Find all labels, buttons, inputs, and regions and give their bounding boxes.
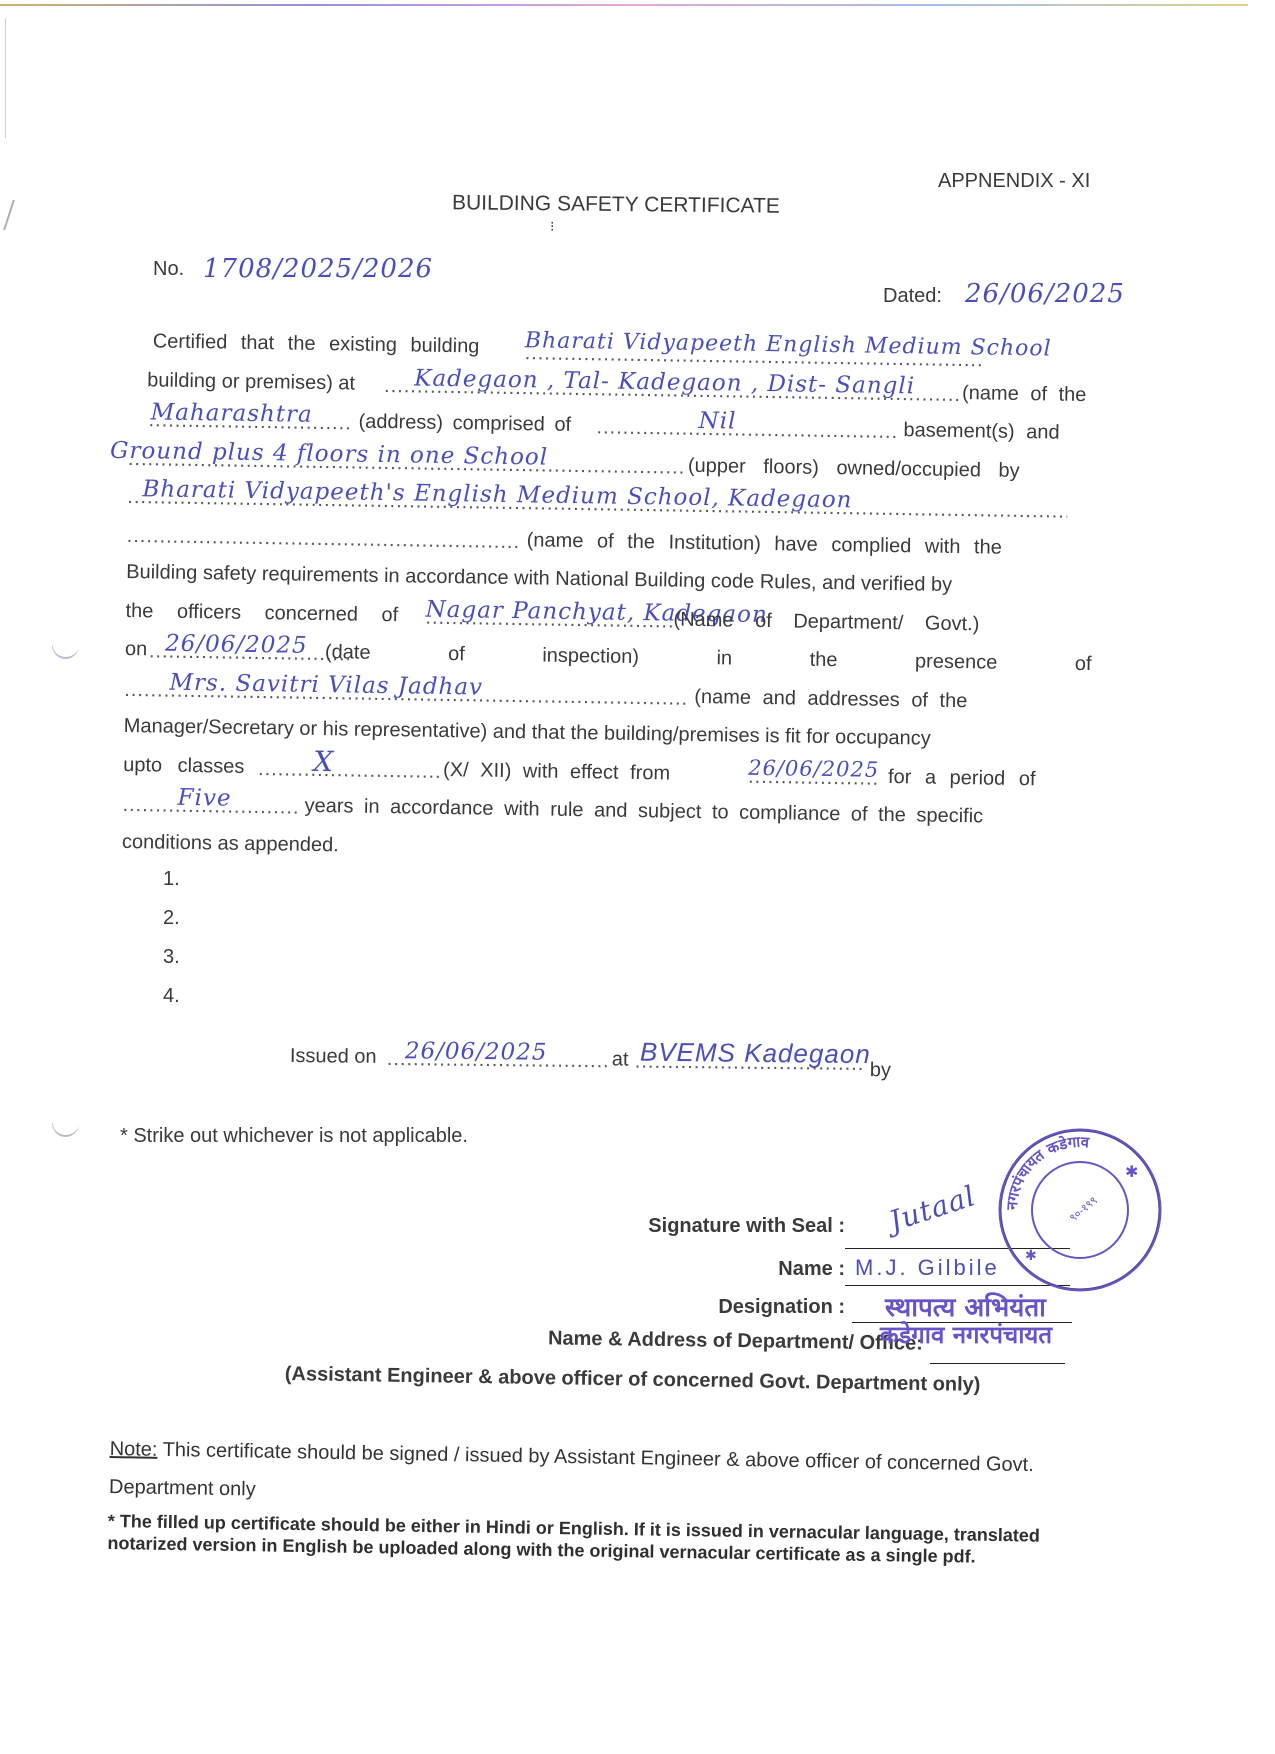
basements-field: Nil bbox=[698, 408, 736, 435]
signature-label: Signature with Seal : bbox=[648, 1215, 845, 1238]
effective-date-field: 26/06/2025 bbox=[748, 755, 879, 781]
department-stamp: कडेगाव नगरपंचायत bbox=[880, 1318, 1052, 1351]
svg-text:९०-१९९: ९०-१९९ bbox=[1067, 1195, 1099, 1225]
issued-at-label: at bbox=[612, 1048, 629, 1071]
signature-mark: Jutaal bbox=[885, 1179, 980, 1238]
body-text: on bbox=[125, 638, 148, 661]
note-text: This certificate should be signed / issu… bbox=[109, 1439, 1034, 1501]
note-label: Note: bbox=[109, 1438, 157, 1461]
scan-speck: ⁝ bbox=[550, 218, 554, 235]
body-text: Certified that the existing building bbox=[153, 330, 480, 358]
condition-item: 2. bbox=[163, 907, 180, 946]
scan-top-edge bbox=[0, 4, 1248, 6]
designation-label: Designation : bbox=[718, 1296, 845, 1319]
body-text: (X/ XII) with effect from bbox=[443, 758, 670, 785]
issued-label: Issued on bbox=[290, 1045, 377, 1069]
svg-text:✱: ✱ bbox=[1125, 1164, 1138, 1181]
certificate-body: Certified that the existing building ...… bbox=[122, 330, 1090, 884]
dated-label: Dated: bbox=[883, 285, 942, 308]
state-field: Maharashtra bbox=[151, 399, 313, 428]
svg-text:✱: ✱ bbox=[1025, 1247, 1037, 1263]
scan-left-edge bbox=[5, 18, 6, 138]
certificate-title: BUILDING SAFETY CERTIFICATE bbox=[452, 191, 780, 218]
department-line bbox=[930, 1363, 1065, 1364]
body-text: conditions as appended. bbox=[122, 830, 339, 856]
body-text: (upper floors) owned/occupied by bbox=[688, 454, 1020, 482]
body-text: upto classes bbox=[123, 753, 245, 778]
issued-line: Issued on ..............................… bbox=[290, 1045, 930, 1082]
strike-out-note: * Strike out whichever is not applicable… bbox=[120, 1125, 468, 1148]
name-label: Name : bbox=[778, 1258, 845, 1281]
condition-item: 1. bbox=[163, 868, 180, 907]
body-text: (Name of Department/ Govt.) bbox=[673, 608, 979, 636]
scan-mark bbox=[3, 200, 25, 230]
fill-dots: ........................................… bbox=[127, 524, 522, 553]
fill-dots: ........................................… bbox=[596, 416, 896, 444]
official-seal-icon: नगरपंचायत कडेगाव ✱ ✱ ९०-१९९ bbox=[995, 1125, 1165, 1295]
body-text: for a period of bbox=[888, 765, 1036, 790]
issued-row: Issued on ..............................… bbox=[290, 1045, 930, 1082]
representative-field: Mrs. Savitri Vilas Jadhav bbox=[169, 669, 483, 700]
punch-hole-mark bbox=[52, 1123, 79, 1137]
dated-value: 26/06/2025 bbox=[965, 279, 1125, 309]
punch-hole-mark bbox=[52, 645, 79, 659]
conditions-list: 1. 2. 3. 4. bbox=[163, 868, 180, 1024]
issued-by-label: by bbox=[870, 1059, 891, 1082]
body-text: (address) comprised of bbox=[358, 411, 571, 437]
note-section: Note: This certificate should be signed … bbox=[109, 1430, 1060, 1523]
certificate-number-value: 1708/2025/2026 bbox=[203, 254, 433, 284]
appendix-label: APPNENDIX - XI bbox=[938, 170, 1090, 193]
body-text: the officers concerned of bbox=[125, 599, 398, 626]
condition-item: 4. bbox=[163, 985, 180, 1024]
department-label: Name & Address of Department/ Office: bbox=[548, 1327, 923, 1355]
body-text: (name and addresses of the bbox=[694, 685, 967, 712]
issued-date-field: 26/06/2025 bbox=[405, 1038, 548, 1065]
body-text: (name of the bbox=[962, 382, 1087, 407]
condition-item: 3. bbox=[163, 946, 180, 985]
body-text: building or premises) at bbox=[147, 369, 355, 395]
officer-note: (Assistant Engineer & above officer of c… bbox=[285, 1363, 981, 1397]
body-text: basement(s) and bbox=[903, 419, 1059, 444]
classes-field: X bbox=[313, 744, 334, 777]
inspection-date-field: 26/06/2025 bbox=[165, 631, 308, 659]
period-field: Five bbox=[177, 785, 231, 812]
fill-dots: ..................................... bbox=[258, 758, 443, 784]
name-value: M.J. Gilbile bbox=[855, 1255, 1000, 1281]
svg-text:नगरपंचायत कडेगाव: नगरपंचायत कडेगाव bbox=[1003, 1133, 1091, 1212]
certificate-number-label: No. bbox=[153, 258, 184, 281]
issued-place-field: BVEMS Kadegaon bbox=[640, 1037, 871, 1070]
